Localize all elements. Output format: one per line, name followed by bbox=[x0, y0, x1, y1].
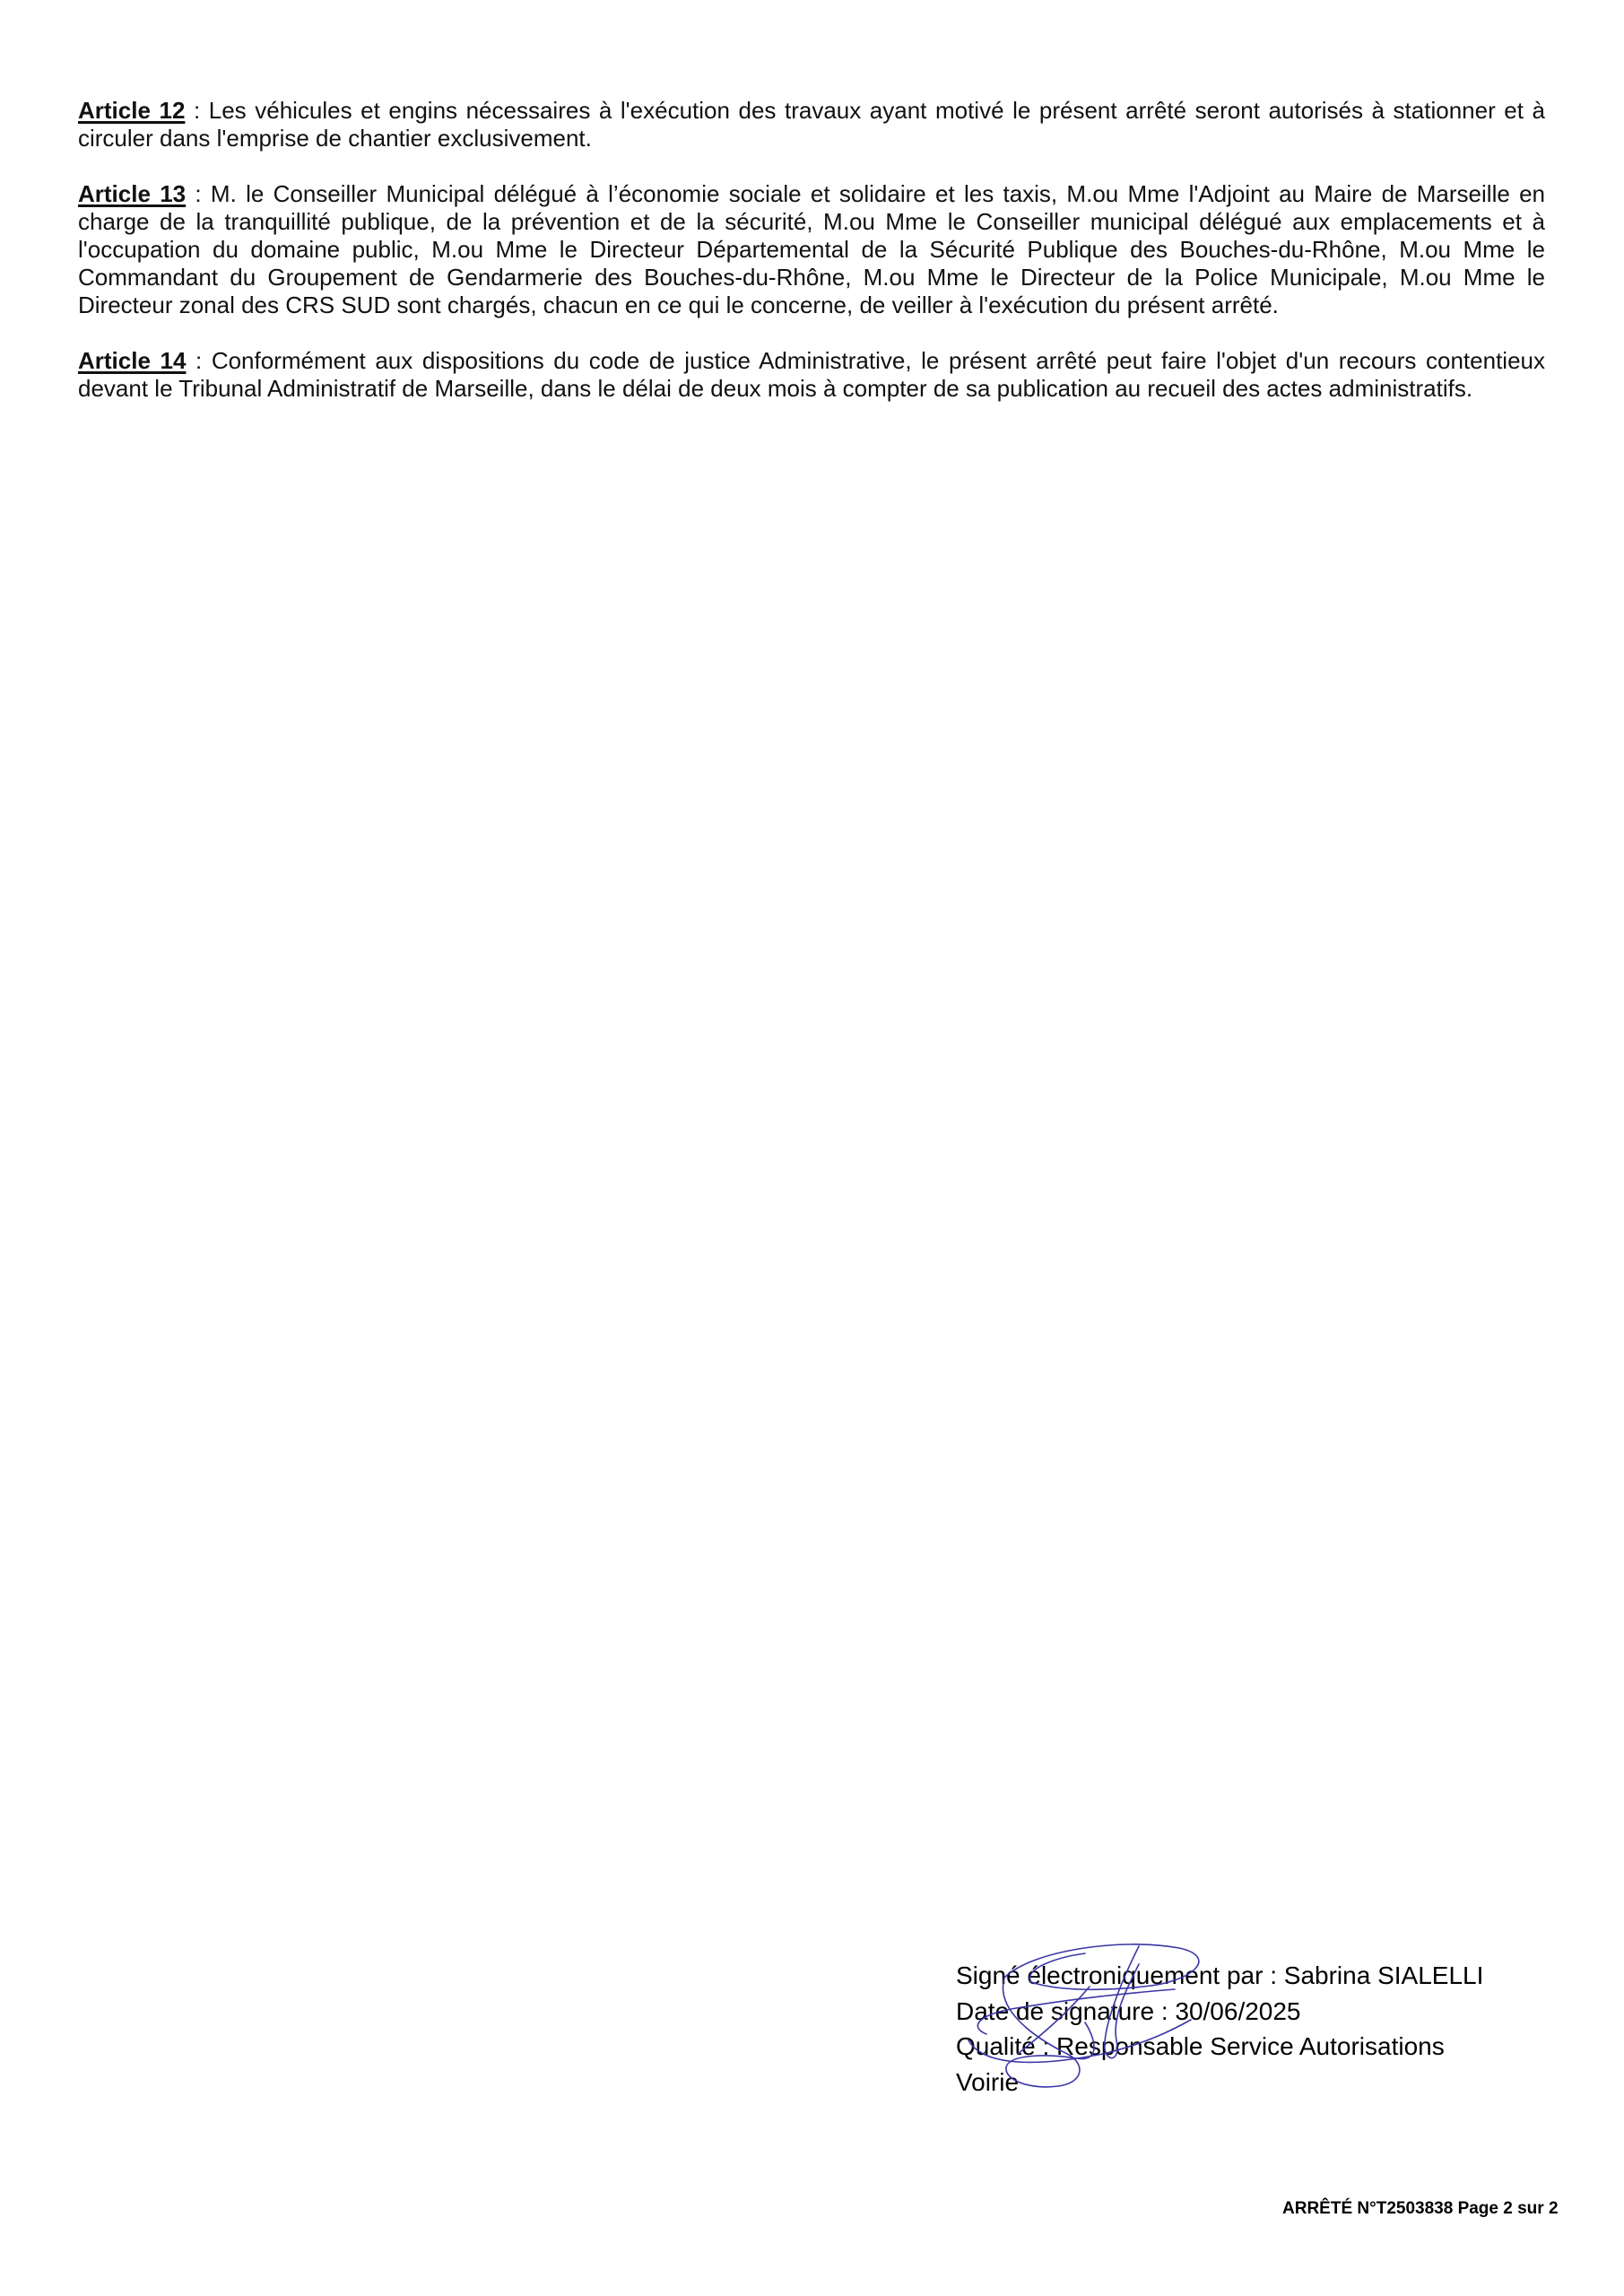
signed-by: Signé électroniquement par : Sabrina SIA… bbox=[956, 1958, 1483, 1994]
document-body: Article 12 : Les véhicules et engins néc… bbox=[78, 97, 1545, 430]
article-separator: : bbox=[186, 347, 211, 374]
article-12: Article 12 : Les véhicules et engins néc… bbox=[78, 97, 1545, 152]
article-label: Article 12 bbox=[78, 97, 185, 124]
article-14: Article 14 : Conformément aux dispositio… bbox=[78, 347, 1545, 403]
signer-quality-cont: Voirie bbox=[956, 2065, 1483, 2100]
article-text: Les véhicules et engins nécessaires à l'… bbox=[78, 97, 1545, 152]
article-separator: : bbox=[185, 97, 208, 124]
signer-quality: Qualité : Responsable Service Autorisati… bbox=[956, 2029, 1483, 2065]
signature-date: Date de signature : 30/06/2025 bbox=[956, 1994, 1483, 2030]
article-text: M. le Conseiller Municipal délégué à l’é… bbox=[78, 180, 1545, 318]
article-separator: : bbox=[186, 180, 211, 207]
article-label: Article 13 bbox=[78, 180, 186, 207]
signature-block: Signé électroniquement par : Sabrina SIA… bbox=[956, 1958, 1483, 2100]
article-13: Article 13 : M. le Conseiller Municipal … bbox=[78, 180, 1545, 319]
article-label: Article 14 bbox=[78, 347, 186, 374]
page-footer: ARRÊTÉ N°T2503838 Page 2 sur 2 bbox=[1282, 2199, 1559, 2219]
article-text: Conformément aux dispositions du code de… bbox=[78, 347, 1545, 402]
